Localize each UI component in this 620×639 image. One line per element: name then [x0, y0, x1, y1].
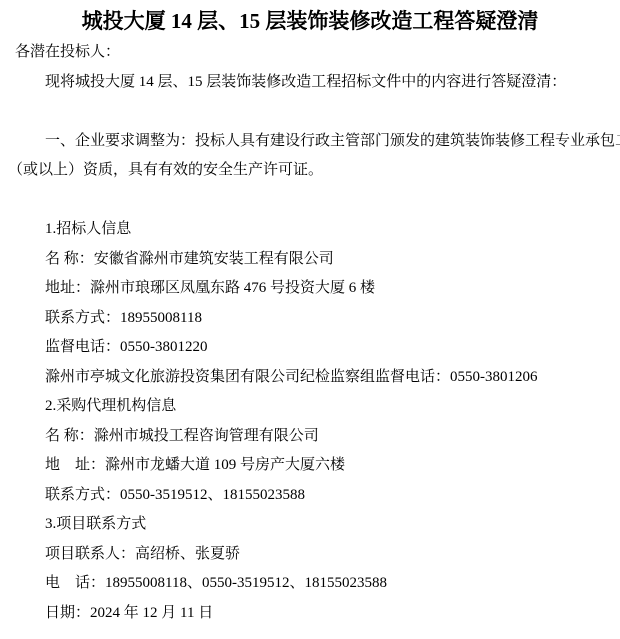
intro-paragraph: 现将城投大厦 14 层、15 层装饰装修改造工程招标文件中的内容进行答疑澄清： [15, 68, 605, 98]
salutation: 各潜在投标人： [15, 38, 605, 68]
bidder-address-line: 地址：滁州市琅琊区凤凰东路 476 号投资大厦 6 楼 [15, 274, 605, 304]
project-contact-person-line: 项目联系人：高绍桥、张夏骄 [15, 540, 605, 570]
section-heading-agency-info: 2.采购代理机构信息 [15, 392, 605, 422]
bidder-name-line: 名 称：安徽省滁州市建筑安装工程有限公司 [15, 245, 605, 275]
page-title: 城投大厦 14 层、15 层装饰装修改造工程答疑澄清 [15, 6, 605, 36]
document-page: 城投大厦 14 层、15 层装饰装修改造工程答疑澄清 各潜在投标人： 现将城投大… [0, 0, 620, 628]
bidder-contact-line: 联系方式：18955008118 [15, 304, 605, 334]
group-supervision-phone-line: 滁州市亭城文化旅游投资集团有限公司纪检监察组监督电话：0550-3801206 [15, 363, 605, 393]
agency-address-line: 地 址：滁州市龙蟠大道 109 号房产大厦六楼 [15, 451, 605, 481]
requirement-clause-line-1: 一、企业要求调整为：投标人具有建设行政主管部门颁发的建筑装饰装修工程专业承包二级 [15, 127, 605, 157]
bidder-supervision-phone-line: 监督电话：0550-3801220 [15, 333, 605, 363]
date-line: 日期：2024 年 12 月 11 日 [15, 599, 605, 629]
blank-line [15, 186, 605, 216]
agency-contact-line: 联系方式：0550-3519512、18155023588 [15, 481, 605, 511]
section-heading-bidder-info: 1.招标人信息 [15, 215, 605, 245]
section-heading-project-contact: 3.项目联系方式 [15, 510, 605, 540]
project-phone-line: 电 话：18955008118、0550-3519512、18155023588 [15, 569, 605, 599]
requirement-clause-line-2: （或以上）资质，具有有效的安全生产许可证。 [15, 156, 605, 186]
agency-name-line: 名 称：滁州市城投工程咨询管理有限公司 [15, 422, 605, 452]
blank-line [15, 97, 605, 127]
